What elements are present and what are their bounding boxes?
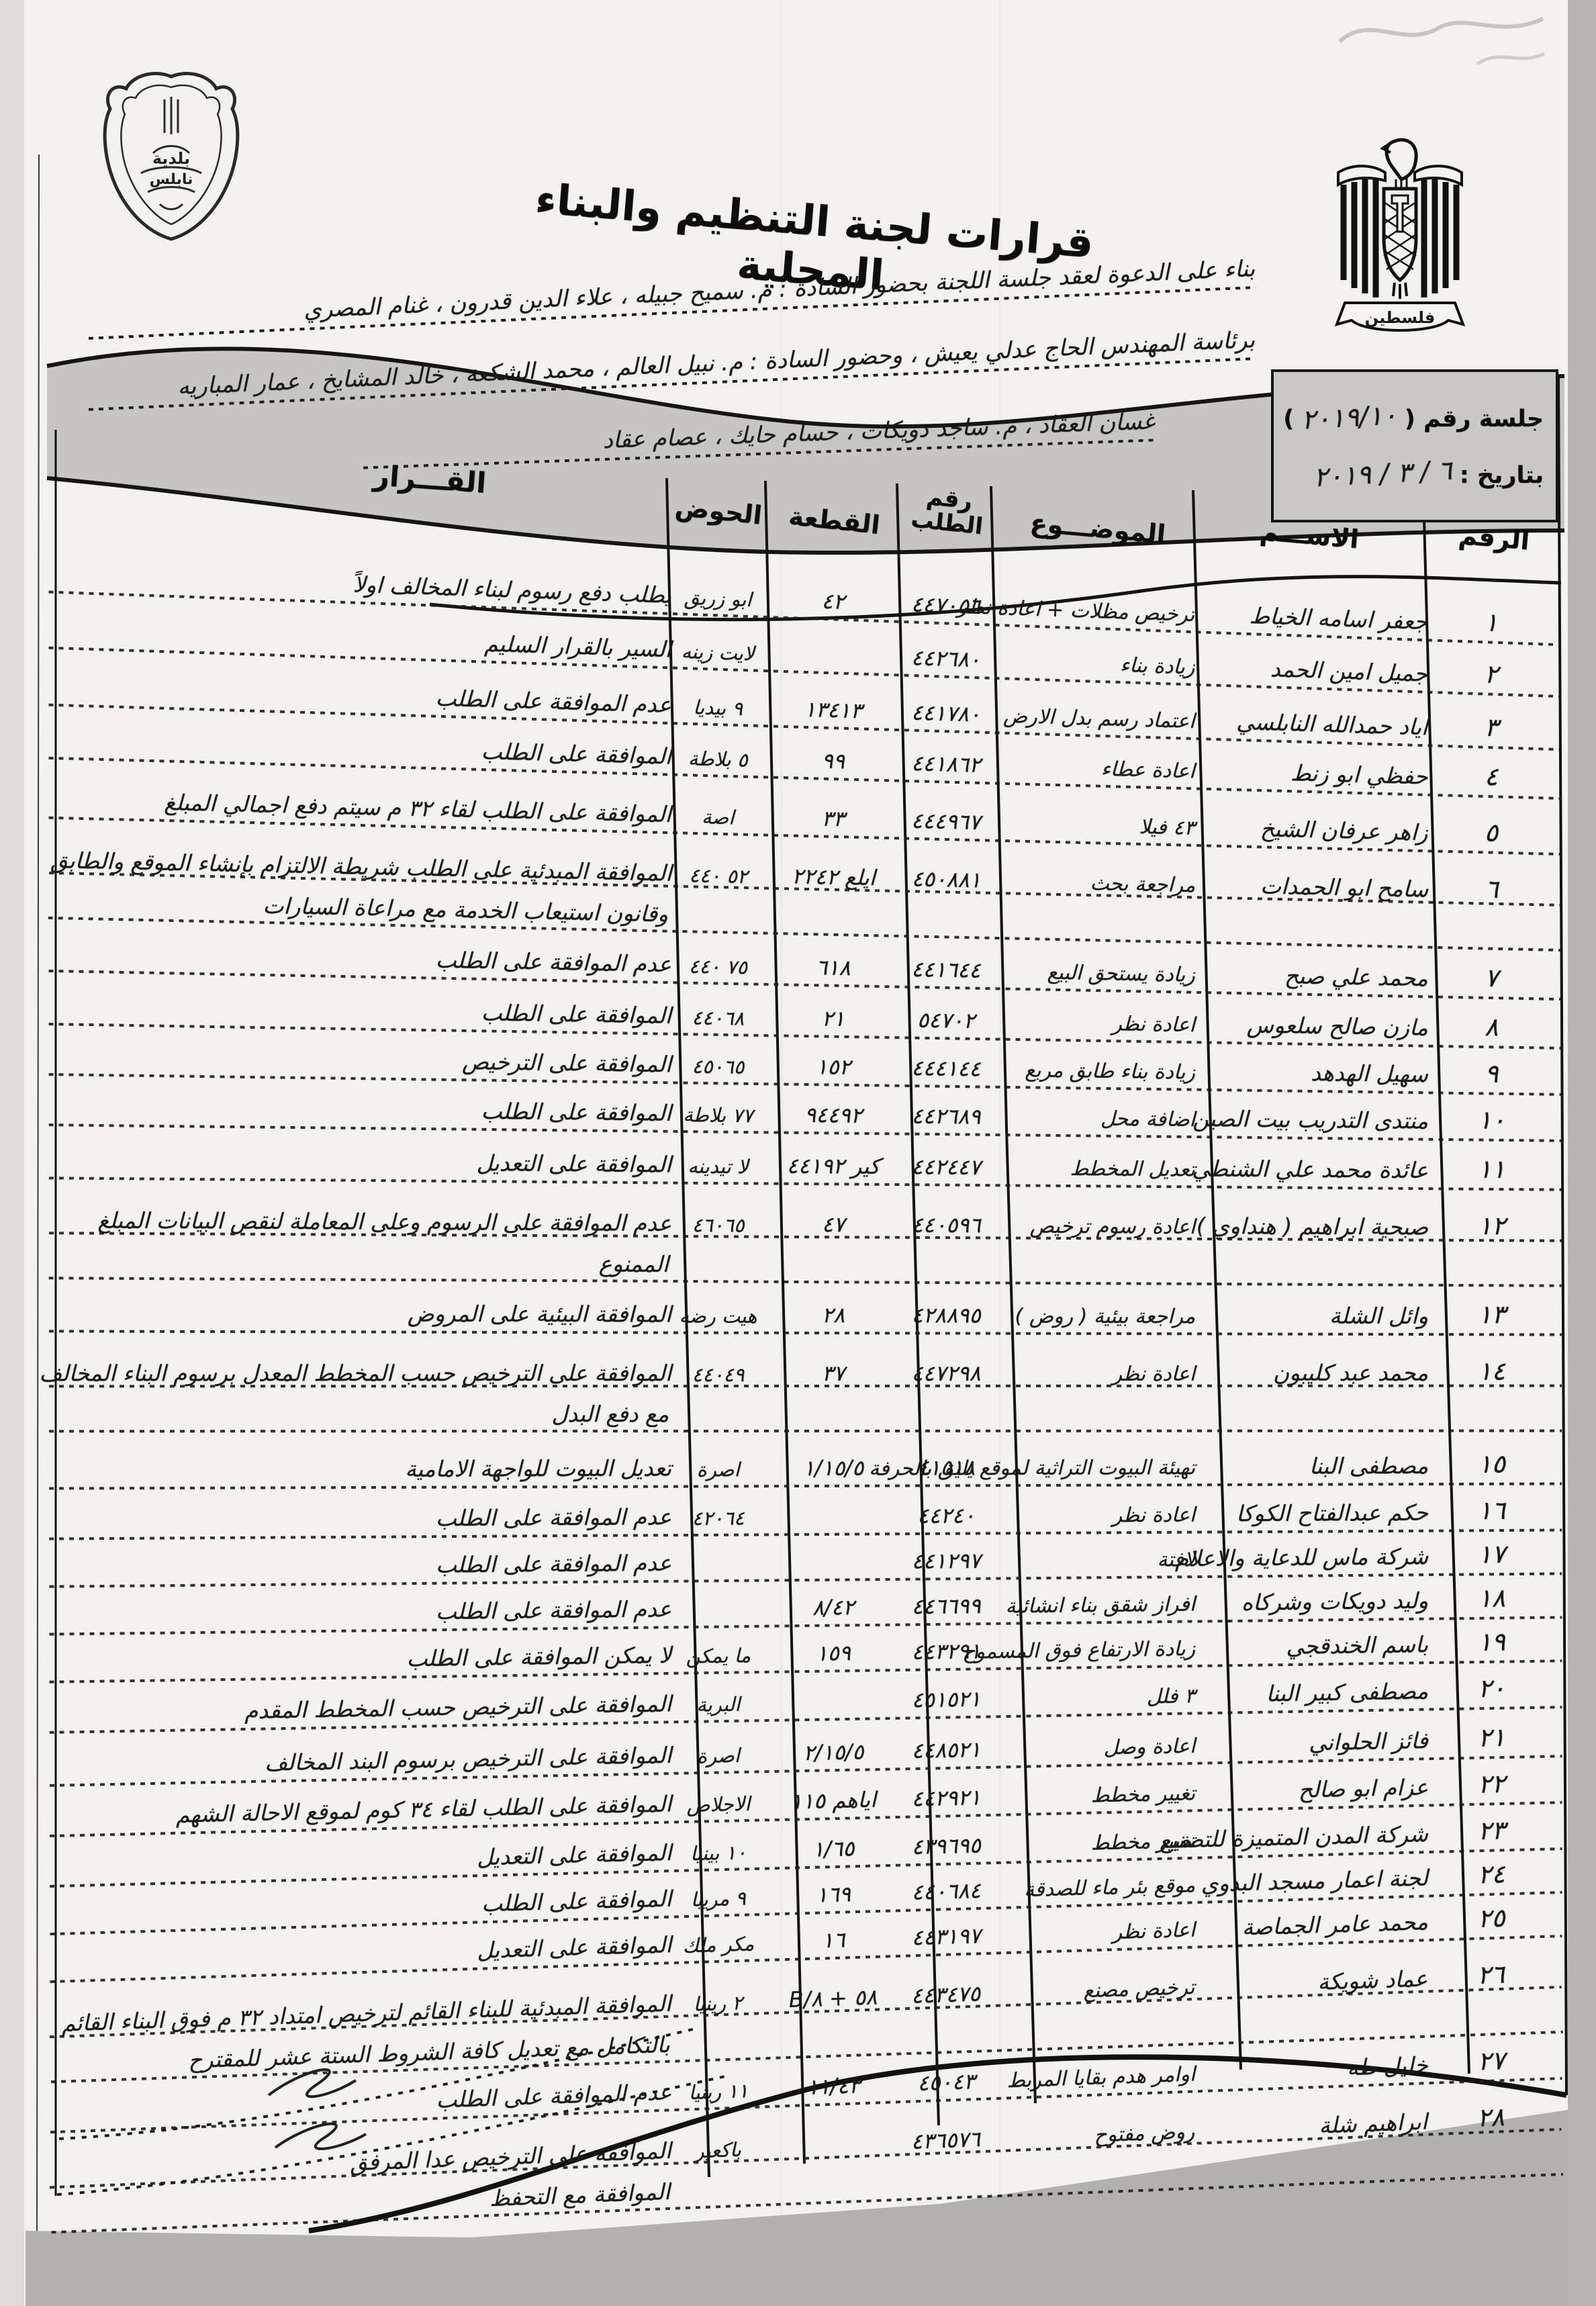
cell-name: شركة ماس للدعاية والاعلام xyxy=(1195,1543,1428,1571)
svg-text:نابلس: نابلس xyxy=(150,171,193,188)
cell-name: اياد حمدالله النابلسي xyxy=(1194,707,1428,740)
cell-no: ١٧ xyxy=(1425,1538,1558,1569)
cell-request: ٤٤١٢٩٧ xyxy=(899,1548,993,1574)
session-date-line: بتاريخ : ٢٠١٩ / ٣ / ٦ xyxy=(1286,459,1544,490)
cell-decision-line2: الممنوع xyxy=(57,1248,669,1277)
cell-subject: اعادة نظر xyxy=(993,1919,1196,1948)
palestine-emblem: فلسطين xyxy=(1337,140,1463,330)
cell-subject: ٤٣ فيلا xyxy=(992,812,1195,840)
cell-decision: لا يمكن الموافقة على الطلب xyxy=(57,1642,671,1677)
cell-name: لجنة اعمار مسجد البدوي xyxy=(1194,1865,1428,1898)
cell-basin: ٩ مريبا xyxy=(669,1886,768,1912)
cell-no: ٢٤ xyxy=(1425,1857,1558,1890)
cell-request: ٤٤٤١٤٤ xyxy=(899,1055,993,1082)
cell-basin: لا تيدينه xyxy=(669,1154,767,1178)
cell-no: ٢٢ xyxy=(1425,1767,1558,1800)
cell-request: ٤٤٢٤٠ xyxy=(899,1502,993,1528)
svg-text:فلسطين: فلسطين xyxy=(1365,308,1436,327)
cell-name: حكم عبدالفتاح الكوكا xyxy=(1195,1500,1428,1527)
cell-no: ١٤ xyxy=(1425,1356,1558,1385)
cell-basin: اصرة xyxy=(669,1458,767,1481)
cell-no: ٢٠ xyxy=(1425,1672,1558,1704)
cell-no: ٣ xyxy=(1425,710,1558,744)
cell-subject: اوامر هدم بقايا المربط xyxy=(993,2062,1196,2093)
scan-margin-line xyxy=(37,154,39,2246)
cell-name: محمد عبد كليبون xyxy=(1195,1360,1428,1386)
cell-basin: ٤٥٠٦٥ xyxy=(669,1054,767,1078)
cell-plot: ١٣٤١٣ xyxy=(767,695,899,725)
session-number-value: ٢٠١٩/١٠ xyxy=(1301,400,1398,435)
cell-basin: ٤٢٠٦٤ xyxy=(669,1506,767,1530)
cell-basin xyxy=(669,1621,767,1622)
cell-no: ١٦ xyxy=(1425,1495,1558,1526)
table-row: الموافقة على الترخيص حسب المخطط المعدل ب… xyxy=(57,1334,1558,1433)
cell-request: ٤٤١٨٦٢ xyxy=(898,750,993,778)
cell-name: محمد علي صبح xyxy=(1194,961,1428,991)
scan-edge-left xyxy=(0,0,24,2306)
cell-decision: الموافقة على الترخيص عدا المرفق xyxy=(56,2137,671,2187)
cell-subject: تعديل المخطط xyxy=(993,1156,1195,1181)
cell-no: ٧ xyxy=(1425,962,1558,994)
cell-subject: ٣ فلل xyxy=(993,1684,1196,1711)
cell-basin: الاجلاص xyxy=(669,1792,768,1816)
cell-request: ٤٤٢٦٨٩ xyxy=(899,1103,993,1129)
cell-decision: عدم الموافقة على الطلب xyxy=(57,1596,671,1628)
cell-no: ١٠ xyxy=(1425,1105,1558,1136)
cell-name: فائز الحلواني xyxy=(1195,1727,1429,1758)
cell-request: ٤٤٠٥٩٦ xyxy=(899,1212,993,1238)
cell-subject: لافتة xyxy=(993,1548,1195,1573)
cell-name: عزام ابو صالح xyxy=(1195,1774,1429,1806)
cell-subject: اعادة رسوم ترخيص xyxy=(993,1214,1195,1239)
cell-no: ٥ xyxy=(1425,816,1558,849)
cell-plot: ٨/٤٢ xyxy=(767,1594,899,1620)
cell-decision: الموافقة على الترخيص xyxy=(57,1043,671,1077)
cell-basin: هيت رضه xyxy=(669,1305,767,1328)
cell-subject: افراز شقق بناء انشائية xyxy=(993,1593,1195,1618)
cell-plot: ١٥٩ xyxy=(767,1639,900,1667)
cell-subject: اعادة نظر xyxy=(993,1363,1195,1386)
cell-request: ٤٤٧٢٩٨ xyxy=(899,1360,993,1386)
cell-request: ٤٤٨٥٢١ xyxy=(899,1737,994,1764)
pencil-scribble xyxy=(1340,19,1543,42)
session-number-close: ) xyxy=(1283,406,1294,432)
cell-basin xyxy=(669,1575,767,1576)
cell-request: ٤٤٢٦٨٠ xyxy=(898,644,993,672)
pencil-scribble xyxy=(1477,54,1544,64)
cell-plot: ٣٣ xyxy=(767,804,899,833)
cell-plot: ٤٧ xyxy=(767,1211,899,1238)
cell-plot: ١٥٢ xyxy=(767,1053,899,1080)
cell-name: منتدى التدريب بيت الصين xyxy=(1195,1105,1428,1134)
scan-edge-right xyxy=(1568,0,1596,2306)
cell-subject: تهيئة البيوت التراثية لموقع يليق بالحرفة xyxy=(993,1456,1195,1480)
cell-request: ٤٤٤٩٦٧ xyxy=(898,807,993,835)
cell-decision-line2: مع دفع البدل xyxy=(57,1401,669,1427)
cell-plot: ٤٤١٩٢ ريك xyxy=(767,1153,899,1180)
session-date-value: ٢٠١٩ / ٣ / ٦ xyxy=(1313,455,1453,494)
cell-no: ١ xyxy=(1424,605,1557,639)
cell-plot: ٢١ xyxy=(767,1005,900,1032)
cell-plot: ١١/٤٣ xyxy=(767,2071,900,2101)
session-number-line: جلسة رقم ( ٢٠١٩/١٠ ) xyxy=(1286,402,1544,433)
cell-name: شركة المدن المتميزة للتصنيع xyxy=(1195,1820,1429,1853)
cell-subject: زيادة بناء طابق مربع xyxy=(993,1058,1195,1085)
cell-decision: عدم الموافقة على الطلب xyxy=(57,1550,671,1581)
cell-plot: ٩٤٤٩٢ xyxy=(767,1101,899,1128)
cell-subject: ترخيص مظلات + اعادة نظر xyxy=(992,596,1195,627)
cell-no: ٢٥ xyxy=(1425,1901,1558,1935)
cell-no: ١٣ xyxy=(1425,1299,1558,1329)
cell-no: ٢ xyxy=(1425,657,1558,691)
cell-name: مازن صالح سلعوس xyxy=(1194,1011,1428,1041)
cell-no: ٢١ xyxy=(1425,1721,1558,1753)
cell-basin: ٤٤٠٦٨ xyxy=(669,1006,768,1030)
cell-no: ٤ xyxy=(1425,760,1558,793)
cell-request: ٤٤٢٤٤٧ xyxy=(899,1154,993,1180)
cell-request: ٤٥٠٤٣ xyxy=(898,2068,993,2096)
cell-name: وليد دويكات وشركاه xyxy=(1195,1587,1428,1616)
cell-name: مصطفى كبير البنا xyxy=(1195,1678,1429,1708)
cell-decision: الموافقة على الترخيص حسب المخطط المعدل ب… xyxy=(57,1360,671,1386)
cell-plot: ١٦ xyxy=(767,1925,900,1955)
cell-basin: اصة xyxy=(668,804,767,830)
cell-no: ١٥ xyxy=(1425,1448,1558,1479)
cell-decision: الموافقة على الطلب xyxy=(57,1093,671,1126)
cell-basin: ٤٦٠٦٥ xyxy=(669,1213,767,1237)
cell-plot xyxy=(767,1574,899,1575)
cell-basin: مكر ملك xyxy=(669,1932,768,1957)
scanned-page: بلدية نابلس xyxy=(0,0,1596,2306)
cell-request: ٥٤٧٠٢ xyxy=(899,1007,994,1033)
cell-request: ٤٤١٦٤٤ xyxy=(898,956,993,984)
cell-decision: الموافقة على الطلب xyxy=(57,993,672,1029)
cell-request: ٤٥٠٨٨١ xyxy=(899,866,994,893)
cell-subject: تغيير مخطط xyxy=(993,1782,1196,1810)
cell-name: زاهر عرفان الشيخ xyxy=(1194,814,1428,845)
cell-name: خليل طه xyxy=(1194,2051,1428,2086)
cell-decision: الموافقة البيئية على المروض xyxy=(57,1299,671,1327)
cell-decision: تعديل البيوت للواجهة الامامية xyxy=(57,1455,671,1483)
cell-request: ٤٤٢٩٢١ xyxy=(899,1784,994,1812)
cell-request: ٤٣٩٦٩٥ xyxy=(899,1832,994,1859)
cell-name: مصطفى البنا xyxy=(1195,1452,1428,1479)
header-request: رقم الطلب xyxy=(903,483,994,540)
cell-subject: زيادة بناء xyxy=(992,649,1195,680)
cell-plot: ٢/١٥/٥ xyxy=(767,1738,900,1766)
cell-basin: ١٠ بينيا xyxy=(669,1840,768,1865)
cell-subject: اضافة محل xyxy=(993,1106,1195,1132)
cell-decision: الموافقة على الترخيص حسب المخطط المقدم xyxy=(57,1690,672,1726)
cell-plot: ٦١٨ xyxy=(767,954,899,982)
table-row: الموافقة البيئية على المروضهيت رضه٢٨٤٢٨٨… xyxy=(57,1281,1558,1336)
cell-name: حفظي ابو زنط xyxy=(1194,757,1428,789)
cell-request: ٤٢٨٨٩٥ xyxy=(899,1302,993,1328)
svg-text:بلدية: بلدية xyxy=(152,149,190,168)
cell-name: عائدة محمد علي الشنطي xyxy=(1195,1155,1428,1183)
cell-name: جعفر اسامه الخياط xyxy=(1194,600,1428,635)
cell-plot: ١٦٩ xyxy=(767,1880,900,1908)
cell-no: ١٩ xyxy=(1425,1626,1558,1657)
cell-plot: ١١٥ مهايا xyxy=(767,1786,900,1814)
cell-subject: اعادة نظر xyxy=(993,1504,1195,1528)
cell-name: جميل امين الحمد xyxy=(1194,653,1428,687)
cell-subject: زيادة يستحق البيع xyxy=(992,960,1195,987)
cell-basin: ٥ بلاطة xyxy=(668,746,767,772)
cell-no: ١٢ xyxy=(1425,1210,1558,1240)
cell-plot xyxy=(767,665,898,670)
cell-name: صبحية ابراهيم ( هنداوي ) xyxy=(1195,1213,1428,1240)
cell-subject: اعادة وصل xyxy=(993,1735,1196,1762)
cell-plot: ١/٦٥ xyxy=(767,1835,900,1863)
cell-subject: اعادة نظر xyxy=(993,1010,1196,1037)
table-row: عدم الموافقة على الرسوم وعلى المعاملة لن… xyxy=(57,1181,1558,1287)
cell-request: ٤٤٣١٩٧ xyxy=(899,1923,994,1951)
cell-basin: ١١ رينيا xyxy=(669,2078,768,2105)
cell-plot: ٩٩ xyxy=(767,746,899,775)
cell-basin: ٧٥ ٤٤٠ xyxy=(669,954,768,979)
cell-decision: الموافقة المبدئية للبناء القائم لترخيص ا… xyxy=(56,1990,671,2037)
cell-no: ٢٧ xyxy=(1425,2043,1558,2078)
cell-basin: اصرة xyxy=(669,1743,768,1768)
cell-no: ١١ xyxy=(1425,1154,1558,1185)
cell-basin: البرية xyxy=(669,1692,768,1716)
cell-decision: الموافقة على التعديل xyxy=(57,1146,671,1177)
cell-subject: اعادة عطاء xyxy=(992,754,1195,783)
municipality-seal: بلدية نابلس xyxy=(105,73,238,239)
cell-request: ٤٤١٧٨٠ xyxy=(898,699,993,727)
cell-name: محمد عامر الجماصة xyxy=(1194,1908,1428,1941)
cell-basin: ٩ بيديا xyxy=(668,695,767,721)
cell-subject: اعتماد رسم بدل الارض xyxy=(992,704,1195,733)
cell-no: ٩ xyxy=(1425,1058,1558,1089)
cell-plot: ٢٨ xyxy=(767,1302,899,1328)
cell-plot: ٣٧ xyxy=(767,1360,899,1386)
table-right-border xyxy=(1558,376,1566,2095)
cell-name: وائل الشلة xyxy=(1195,1302,1428,1329)
cell-decision: عدم الموافقة على الطلب xyxy=(57,1504,671,1533)
cell-no: ١٨ xyxy=(1425,1583,1558,1614)
cell-no: ٨ xyxy=(1425,1011,1558,1043)
session-date-label: بتاريخ : xyxy=(1460,462,1544,489)
session-box: جلسة رقم ( ٢٠١٩/١٠ ) بتاريخ : ٢٠١٩ / ٣ /… xyxy=(1271,369,1558,522)
cell-request: ٤٤٦٦٩٩ xyxy=(899,1593,993,1620)
cell-no: ٢٣ xyxy=(1425,1814,1558,1847)
cell-plot xyxy=(767,1713,899,1715)
cell-no: ٦ xyxy=(1425,872,1558,905)
cell-subject: زيادة الارتفاع فوق المسموح xyxy=(993,1637,1195,1663)
session-number-label: جلسة رقم ( xyxy=(1405,406,1544,432)
cell-plot: ٤٢ xyxy=(767,586,899,616)
cell-basin: ٤٤٠٤٩ xyxy=(669,1363,767,1386)
cell-basin: ما يمكن xyxy=(669,1644,767,1668)
cell-subject: مراجعة بيئية ( روض ) xyxy=(993,1305,1195,1329)
cell-name: باسم الخندقجي xyxy=(1195,1631,1429,1661)
cell-basin: ٧٧ بلاطة xyxy=(669,1103,767,1127)
cell-request: ٤٥١٥٢١ xyxy=(899,1686,994,1712)
cell-subject: موقع بئر ماء للصدقة xyxy=(993,1874,1196,1902)
cell-name: سهيل الهدهد xyxy=(1195,1058,1428,1088)
cell-request: ٤٤٠٦٨٤ xyxy=(899,1877,994,1905)
cell-basin: ابو زريق xyxy=(668,586,767,612)
cell-plot xyxy=(767,1528,899,1529)
table-row: تعديل البيوت للواجهة الاماميةاصرة١/١٥/٥٤… xyxy=(57,1430,1558,1489)
cell-basin: لايت زينه xyxy=(668,639,767,665)
